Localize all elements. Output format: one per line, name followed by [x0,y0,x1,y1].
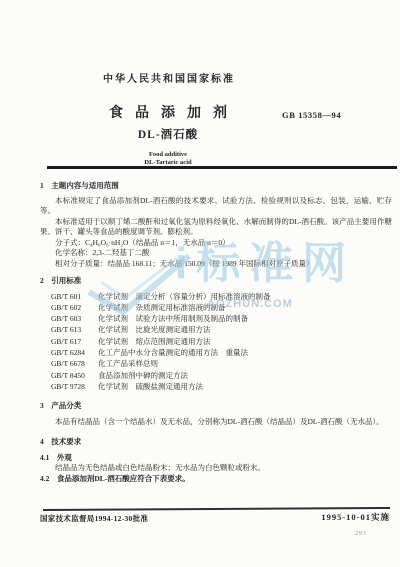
clause-4-1-heading: 4.1 外观 [40,453,392,464]
reference-title: 化工产品采样总则 [98,358,392,369]
section-1-paragraph: 本标准规定了食品添加剂DL-酒石酸的技术要求、试验方法、检验规则以及标志、包装、… [40,196,392,217]
reference-item: GB/T 9728 化学试剂 硫酸盐测定通用方法 [40,381,392,392]
reference-item: GB/T 603 化学试剂 试验方法中所用制剂及制品的制备 [40,313,392,324]
section-4-heading: 4 技术要求 [40,437,392,448]
molecular-weight: 相对分子质量：结晶品 168.11；无水品 150.09（按 1989 年国际相… [40,259,392,270]
document-subtitle-cn: DL-酒石酸 [40,126,296,142]
reference-list: GB/T 601 化学试剂 滴定分析（容量分析）用标准溶液的制备 GB/T 60… [40,291,392,393]
national-standard-label: 中华人民共和国国家标准 [40,70,296,85]
reference-title: 化学试剂 熔点范围测定通用方法 [98,336,392,347]
document-title-en: Food additive [40,151,296,159]
approval-note: 国家技术监督局1994-12-30批准 [40,513,148,524]
reference-code: GB/T 6284 [51,347,98,358]
reference-title: 化工产品中水分含量测定的通用方法 重量法 [98,347,392,358]
reference-title: 食品添加剂中砷的测定方法 [98,370,392,381]
section-1-heading: 1 主题内容与适用范围 [40,181,392,192]
reference-item: GB/T 601 化学试剂 滴定分析（容量分析）用标准溶液的制备 [40,291,392,302]
reference-code: GB/T 9728 [51,381,98,392]
reference-item: GB/T 613 化学试剂 比旋光度测定通用方法 [40,324,392,335]
reference-code: GB/T 602 [51,302,98,313]
reference-code: GB/T 6678 [51,358,98,369]
section-3-heading: 3 产品分类 [40,401,392,412]
page-number: 293 [355,530,366,537]
reference-item: GB/T 8450 食品添加剂中砷的测定方法 [40,370,392,381]
reference-code: GB/T 601 [51,291,98,302]
section-3-paragraph: 本品有结晶品（含一个结晶水）及无水品，分别称为DL-酒石酸（结晶品）及DL-酒石… [40,417,392,428]
reference-code: GB/T 613 [51,324,98,335]
section-1-paragraph: 本标准适用于以顺丁烯二酸酐和过氧化氢为原料经氧化、水解而制得的DL-酒石酸。该产… [40,217,392,238]
reference-code: GB/T 603 [51,313,98,324]
section-2-heading: 2 引用标准 [40,276,392,287]
clause-4-1-paragraph: 结晶品为无色结晶或白色结晶粉末；无水品为白色颗粒或粉末。 [40,463,392,474]
reference-item: GB/T 602 化学试剂 杂质测定用标准溶液的制备 [40,302,392,313]
molecular-formula: 分子式：C₄H₆O₆·nH₂O（结晶品 n＝1，无水品 n＝0） [40,238,392,249]
document-page: 中华人民共和国国家标准 食品添加剂 DL-酒石酸 Food additive D… [0,0,400,567]
reference-item: GB/T 6678 化工产品采样总则 [40,358,392,369]
clause-4-2-heading: 4.2 食品添加剂DL-酒石酸应符合下表要求。 [40,474,392,485]
standard-code: GB 15358—94 [282,110,341,120]
document-header: 中华人民共和国国家标准 食品添加剂 DL-酒石酸 Food additive D… [40,70,296,167]
reference-title: 化学试剂 硫酸盐测定通用方法 [98,381,392,392]
reference-title: 化学试剂 滴定分析（容量分析）用标准溶液的制备 [98,291,392,302]
reference-item: GB/T 617 化学试剂 熔点范围测定通用方法 [40,336,392,347]
reference-title: 化学试剂 试验方法中所用制剂及制品的制备 [98,313,392,324]
chemical-name: 化学名称：2,3-二羟基丁二酸 [40,248,392,259]
reference-code: GB/T 8450 [51,370,98,381]
implementation-note: 1995-10-01实施 [321,511,390,523]
reference-title: 化学试剂 杂质测定用标准溶液的制备 [98,302,392,313]
reference-code: GB/T 617 [51,336,98,347]
document-body: 1 主题内容与适用范围 本标准规定了食品添加剂DL-酒石酸的技术要求、试验方法、… [40,181,392,484]
header-divider [47,166,397,169]
reference-title: 化学试剂 比旋光度测定通用方法 [98,324,392,335]
reference-item: GB/T 6284 化工产品中水分含量测定的通用方法 重量法 [40,347,392,358]
document-title-cn: 食品添加剂 [40,102,296,122]
